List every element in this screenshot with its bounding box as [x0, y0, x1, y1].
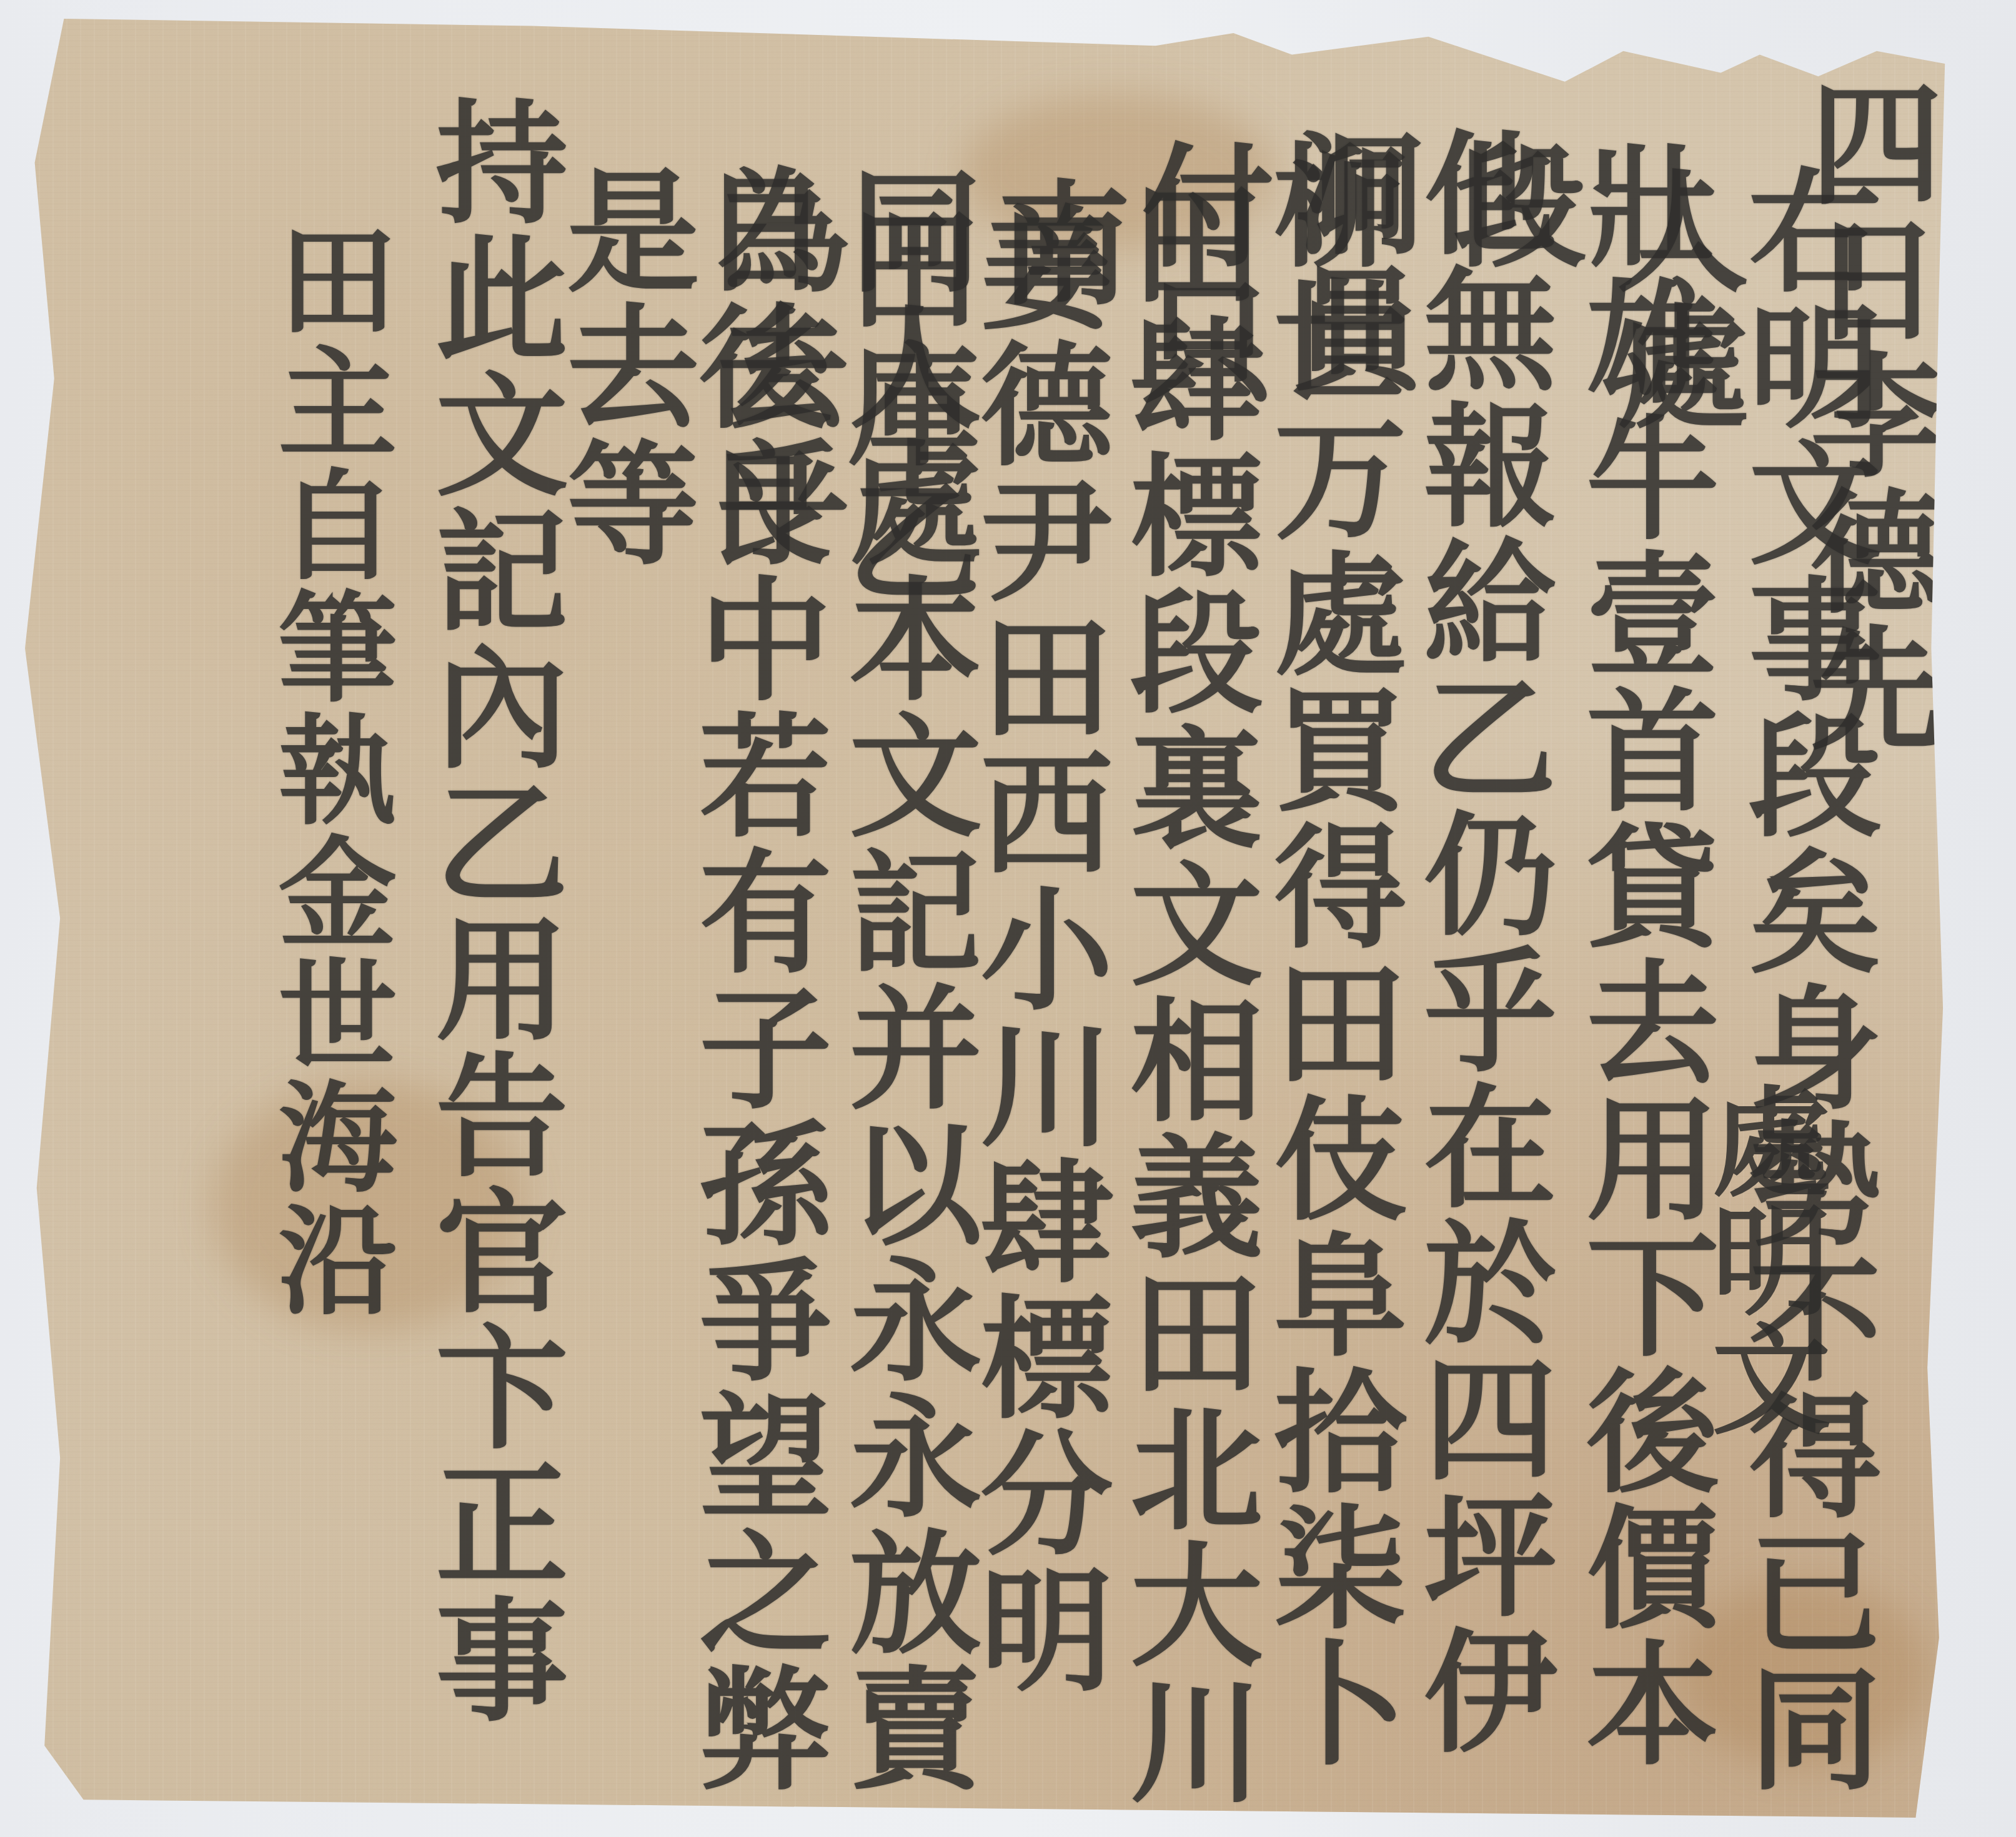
- document-paper: 乾隆貳拾叁年丁丑拾壹月十四日李德先 右明文事段矣身勢不得已同人處 處明文 壯雄牛…: [25, 19, 1974, 1818]
- text-column-9: 日後良中若有子孫爭望之弊是去等: [556, 162, 821, 1818]
- text-column-10: 持此文記內乙用告官卞正事: [425, 94, 557, 1728]
- text-columns: 乾隆貳拾叁年丁丑拾壹月十四日李德先 右明文事段矣身勢不得已同人處 處明文 壯雄牛…: [25, 19, 1974, 1818]
- annotation-text: 處明文: [1702, 1081, 1821, 1437]
- signature-column: 田主自筆執金世海沿: [269, 219, 387, 1320]
